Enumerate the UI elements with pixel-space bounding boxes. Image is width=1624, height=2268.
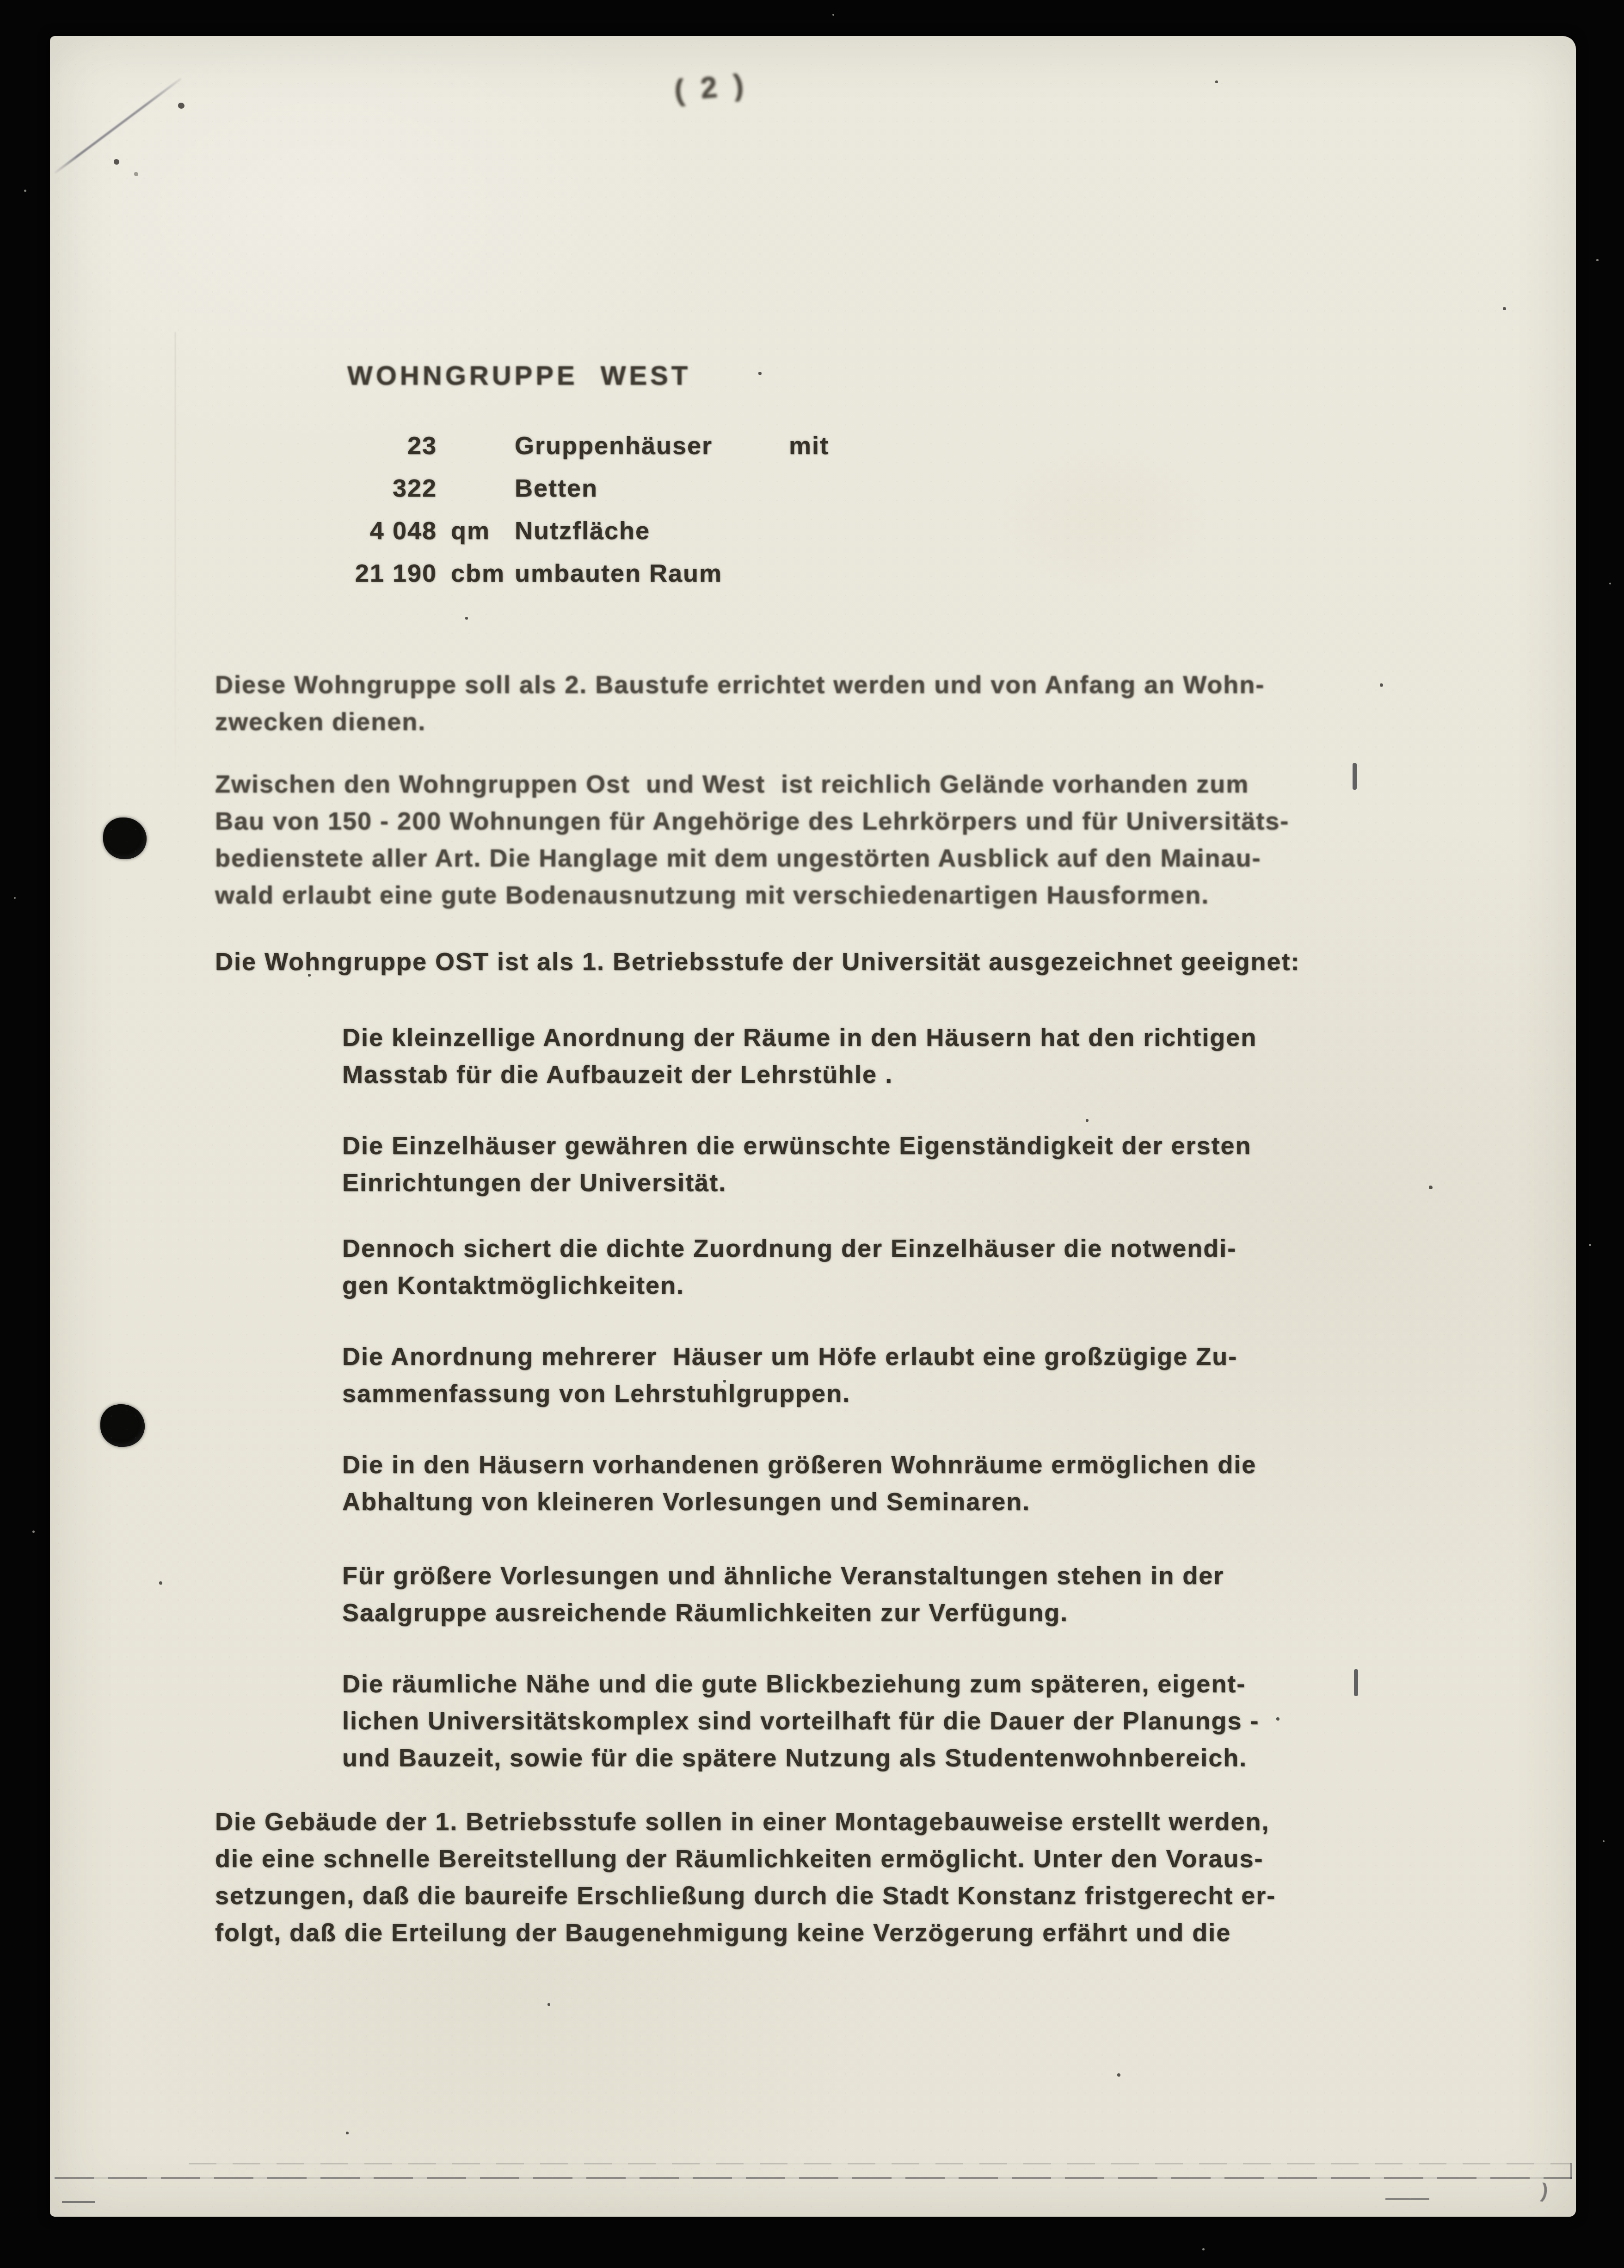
text-line: setzungen, daß die baureife Erschließung…	[215, 1877, 1276, 1914]
dust-speck	[32, 1530, 35, 1533]
dust-speck	[14, 897, 16, 899]
margin-tick-mark	[1354, 1669, 1358, 1696]
paper-stain	[998, 443, 1211, 591]
text-line: Einrichtungen der Universität.	[342, 1164, 1252, 1201]
text-line: lichen Universitätskomplex sind vorteilh…	[342, 1703, 1259, 1739]
stats-row: 322Betten	[342, 467, 829, 510]
ink-speck	[134, 172, 138, 176]
dust-speck	[1596, 259, 1599, 261]
page-number: ( 2 )	[673, 67, 749, 108]
ink-speck	[723, 1380, 726, 1383]
ink-speck	[1215, 80, 1218, 83]
document-page: ( 2 ) WOHNGRUPPE WEST 23Gruppenhäusermit…	[50, 36, 1576, 2217]
stats-label: Gruppenhäuser	[515, 432, 713, 460]
paragraph: Diese Wohngruppe soll als 2. Baustufe er…	[215, 666, 1265, 740]
hole-punch-bottom	[100, 1404, 145, 1447]
stats-row: 23Gruppenhäusermit	[342, 424, 829, 467]
text-line: Die kleinzellige Anordnung der Räume in …	[342, 1019, 1257, 1056]
ink-speck	[346, 2132, 349, 2134]
text-line: folgt, daß die Erteilung der Baugenehmig…	[215, 1914, 1276, 1951]
stats-row: 21 190cbmumbauten Raum	[342, 552, 829, 595]
dust-speck	[1202, 2248, 1205, 2250]
stats-suffix: mit	[789, 432, 829, 460]
pencil-dash	[1385, 2198, 1429, 2200]
ink-speck	[1117, 2073, 1120, 2077]
paragraph-indented: Die kleinzellige Anordnung der Räume in …	[342, 1019, 1257, 1093]
paragraph-indented: Die in den Häusern vorhandenen größeren …	[342, 1446, 1256, 1520]
text-line: Die Wohngruppe OST ist als 1. Betriebsst…	[215, 943, 1300, 980]
paragraph: Zwischen den Wohngruppen Ost und West is…	[215, 766, 1289, 914]
stats-label: Nutzfläche	[515, 517, 650, 545]
ink-speck	[114, 159, 119, 165]
dust-speck	[24, 190, 26, 192]
pencil-baseline	[55, 2177, 1572, 2179]
ink-speck	[308, 974, 311, 977]
stats-label: umbauten Raum	[515, 559, 722, 587]
paragraph-indented: Dennoch sichert die dichte Zuordnung der…	[342, 1230, 1236, 1304]
text-line: sammenfassung von Lehrstuhlgruppen.	[342, 1375, 1237, 1412]
paragraph: Die Wohngruppe OST ist als 1. Betriebsst…	[215, 943, 1300, 980]
text-line: Die in den Häusern vorhandenen größeren …	[342, 1446, 1256, 1483]
scan-backdrop: ( 2 ) WOHNGRUPPE WEST 23Gruppenhäusermit…	[0, 0, 1624, 2268]
pencil-dash	[62, 2201, 95, 2203]
text-line: Die räumliche Nähe und die gute Blickbez…	[342, 1666, 1259, 1703]
pencil-baseline-hook	[1570, 2163, 1572, 2179]
text-line: Für größere Vorlesungen und ähnliche Ver…	[342, 1557, 1224, 1594]
text-line: Die Gebäude der 1. Betriebsstufe sollen …	[215, 1803, 1276, 1840]
text-line: Saalgruppe ausreichende Räumlichkeiten z…	[342, 1594, 1224, 1631]
paragraph-indented: Die räumliche Nähe und die gute Blickbez…	[342, 1666, 1259, 1776]
text-line: Diese Wohngruppe soll als 2. Baustufe er…	[215, 666, 1265, 703]
stats-table: 23Gruppenhäusermit 322Betten 4 048qmNutz…	[342, 424, 829, 595]
text-line: Die Einzelhäuser gewähren die erwünschte…	[342, 1127, 1252, 1164]
margin-tick-mark	[1353, 763, 1357, 790]
paragraph: Die Gebäude der 1. Betriebsstufe sollen …	[215, 1803, 1276, 1951]
ink-speck	[1380, 683, 1383, 687]
paragraph-indented: Die Anordnung mehrerer Häuser um Höfe er…	[342, 1338, 1237, 1412]
dust-speck	[1589, 1244, 1591, 1246]
stats-row: 4 048qmNutzfläche	[342, 510, 829, 552]
stats-value: 322	[342, 467, 437, 510]
ink-speck	[547, 2003, 550, 2006]
paragraph-indented: Für größere Vorlesungen und ähnliche Ver…	[342, 1557, 1224, 1631]
ink-speck	[758, 372, 762, 375]
stats-value: 23	[342, 424, 437, 467]
ink-speck	[465, 617, 468, 620]
dust-speck	[1609, 583, 1611, 584]
ink-speck	[178, 103, 185, 109]
text-line: und Bauzeit, sowie für die spätere Nutzu…	[342, 1739, 1259, 1776]
text-line: Die Anordnung mehrerer Häuser um Höfe er…	[342, 1338, 1237, 1375]
ink-speck	[1503, 307, 1506, 310]
ink-speck	[159, 1581, 162, 1585]
dust-speck	[1603, 1840, 1605, 1842]
text-line: die eine schnelle Bereitstellung der Räu…	[215, 1840, 1276, 1877]
text-line: Bau von 150 - 200 Wohnungen für Angehöri…	[215, 803, 1289, 840]
text-line: Abhaltung von kleineren Vorlesungen und …	[342, 1483, 1256, 1520]
stats-unit: cbm	[451, 552, 511, 595]
ink-speck	[1429, 1186, 1433, 1189]
text-line: wald erlaubt eine gute Bodenausnutzung m…	[215, 877, 1289, 914]
stats-value: 4 048	[342, 510, 437, 552]
stats-unit: qm	[451, 510, 511, 552]
pencil-baseline-faint	[189, 2163, 1571, 2164]
stats-label: Betten	[515, 474, 598, 502]
text-line: Masstab für die Aufbauzeit der Lehrstühl…	[342, 1056, 1257, 1093]
paper-crease	[175, 332, 176, 776]
stats-value: 21 190	[342, 552, 437, 595]
text-line: bedienstete aller Art. Die Hanglage mit …	[215, 840, 1289, 877]
page-title: WOHNGRUPPE WEST	[347, 360, 691, 392]
text-line: gen Kontaktmöglichkeiten.	[342, 1267, 1236, 1304]
text-line: Zwischen den Wohngruppen Ost und West is…	[215, 766, 1289, 803]
dust-speck	[832, 14, 834, 16]
text-line: Dennoch sichert die dichte Zuordnung der…	[342, 1230, 1236, 1267]
stray-pen-mark: )	[1540, 2179, 1550, 2203]
text-line: zwecken dienen.	[215, 703, 1265, 740]
paragraph-indented: Die Einzelhäuser gewähren die erwünschte…	[342, 1127, 1252, 1201]
hole-punch-top	[103, 817, 147, 859]
ink-speck	[1086, 1119, 1089, 1122]
ink-speck	[1276, 1717, 1280, 1721]
